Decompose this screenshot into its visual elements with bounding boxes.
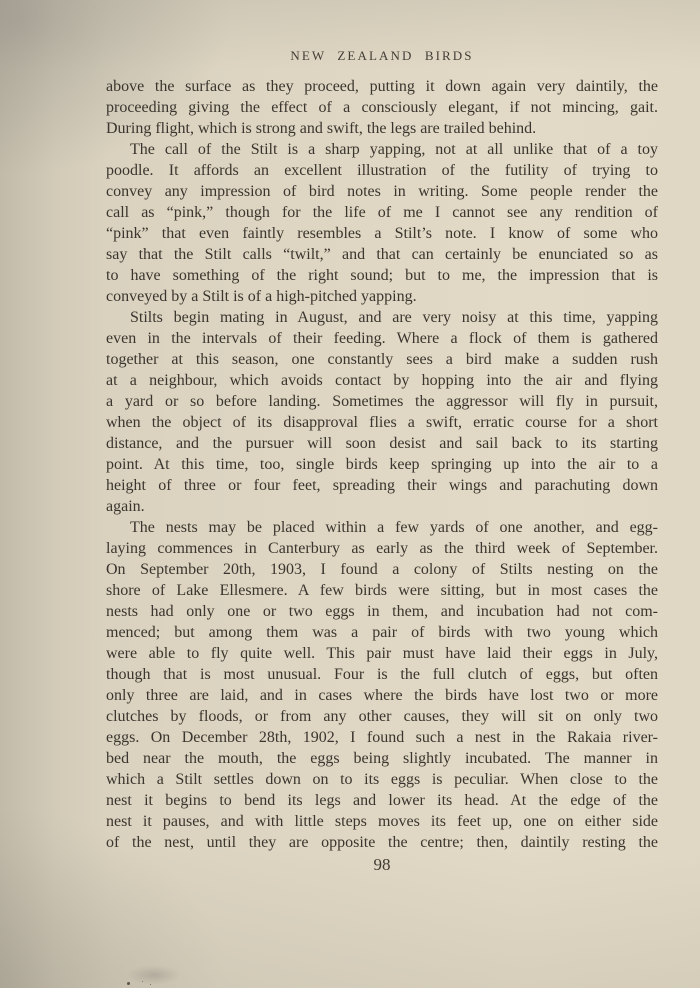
- text-line: clutches by floods, or from any other ca…: [106, 706, 658, 727]
- text-line: The call of the Stilt is a sharp yapping…: [106, 139, 658, 160]
- text-line: The nests may be placed within a few yar…: [106, 517, 658, 538]
- text-line: nest it pauses, and with little steps mo…: [106, 811, 658, 832]
- paragraph-3: Stilts begin mating in August, and are v…: [106, 307, 658, 517]
- text-line: say that the Stilt calls “twilt,” and th…: [106, 244, 658, 265]
- text-line: convey any impression of bird notes in w…: [106, 181, 658, 202]
- text-line: though that is most unusual. Four is the…: [106, 664, 658, 685]
- text-line: were able to fly quite well. This pair m…: [106, 643, 658, 664]
- text-line: On September 20th, 1903, I found a colon…: [106, 559, 658, 580]
- text-line: eggs. On December 28th, 1902, I found su…: [106, 727, 658, 748]
- text-line: During flight, which is strong and swift…: [106, 118, 658, 139]
- text-line: menced; but among them was a pair of bir…: [106, 622, 658, 643]
- text-line: Stilts begin mating in August, and are v…: [106, 307, 658, 328]
- text-line: again.: [106, 496, 658, 517]
- page-number: 98: [106, 855, 658, 875]
- text-line: only three are laid, and in cases where …: [106, 685, 658, 706]
- text-line: bed near the mouth, the eggs being sligh…: [106, 748, 658, 769]
- text-line: proceeding giving the effect of a consci…: [106, 97, 658, 118]
- text-line: poodle. It affords an excellent illustra…: [106, 160, 658, 181]
- text-line: above the surface as they proceed, putti…: [106, 76, 658, 97]
- paragraph-4: The nests may be placed within a few yar…: [106, 517, 658, 853]
- text-line: at a neighbour, which avoids contact by …: [106, 370, 658, 391]
- text-line: conveyed by a Stilt is of a high-pitched…: [106, 286, 658, 307]
- text-line: point. At this time, too, single birds k…: [106, 454, 658, 475]
- text-line: of the nest, until they are opposite the…: [106, 832, 658, 853]
- text-line: when the object of its disapproval flies…: [106, 412, 658, 433]
- text-line: together at this season, one constantly …: [106, 349, 658, 370]
- text-line: nest it begins to bend its legs and lowe…: [106, 790, 658, 811]
- running-header: NEW ZEALAND BIRDS: [106, 48, 658, 64]
- text-block: above the surface as they proceed, putti…: [106, 76, 658, 853]
- paragraph-2: The call of the Stilt is a sharp yapping…: [106, 139, 658, 307]
- text-line: distance, and the pursuer will soon desi…: [106, 433, 658, 454]
- paragraph-1: above the surface as they proceed, putti…: [106, 76, 658, 139]
- text-line: to have something of the right sound; bu…: [106, 265, 658, 286]
- text-line: which a Stilt settles down on to its egg…: [106, 769, 658, 790]
- text-line: height of three or four feet, spreading …: [106, 475, 658, 496]
- book-page-scan: NEW ZEALAND BIRDS above the surface as t…: [0, 0, 700, 988]
- text-line: call as “pink,” though for the life of m…: [106, 202, 658, 223]
- text-line: laying commences in Canterbury as early …: [106, 538, 658, 559]
- text-line: shore of Lake Ellesmere. A few birds wer…: [106, 580, 658, 601]
- text-line: a yard or so before landing. Sometimes t…: [106, 391, 658, 412]
- text-line: nests had only one or two eggs in them, …: [106, 601, 658, 622]
- text-line: “pink” that even faintly resembles a Sti…: [106, 223, 658, 244]
- text-line: even in the intervals of their feeding. …: [106, 328, 658, 349]
- scan-speck: [127, 982, 130, 985]
